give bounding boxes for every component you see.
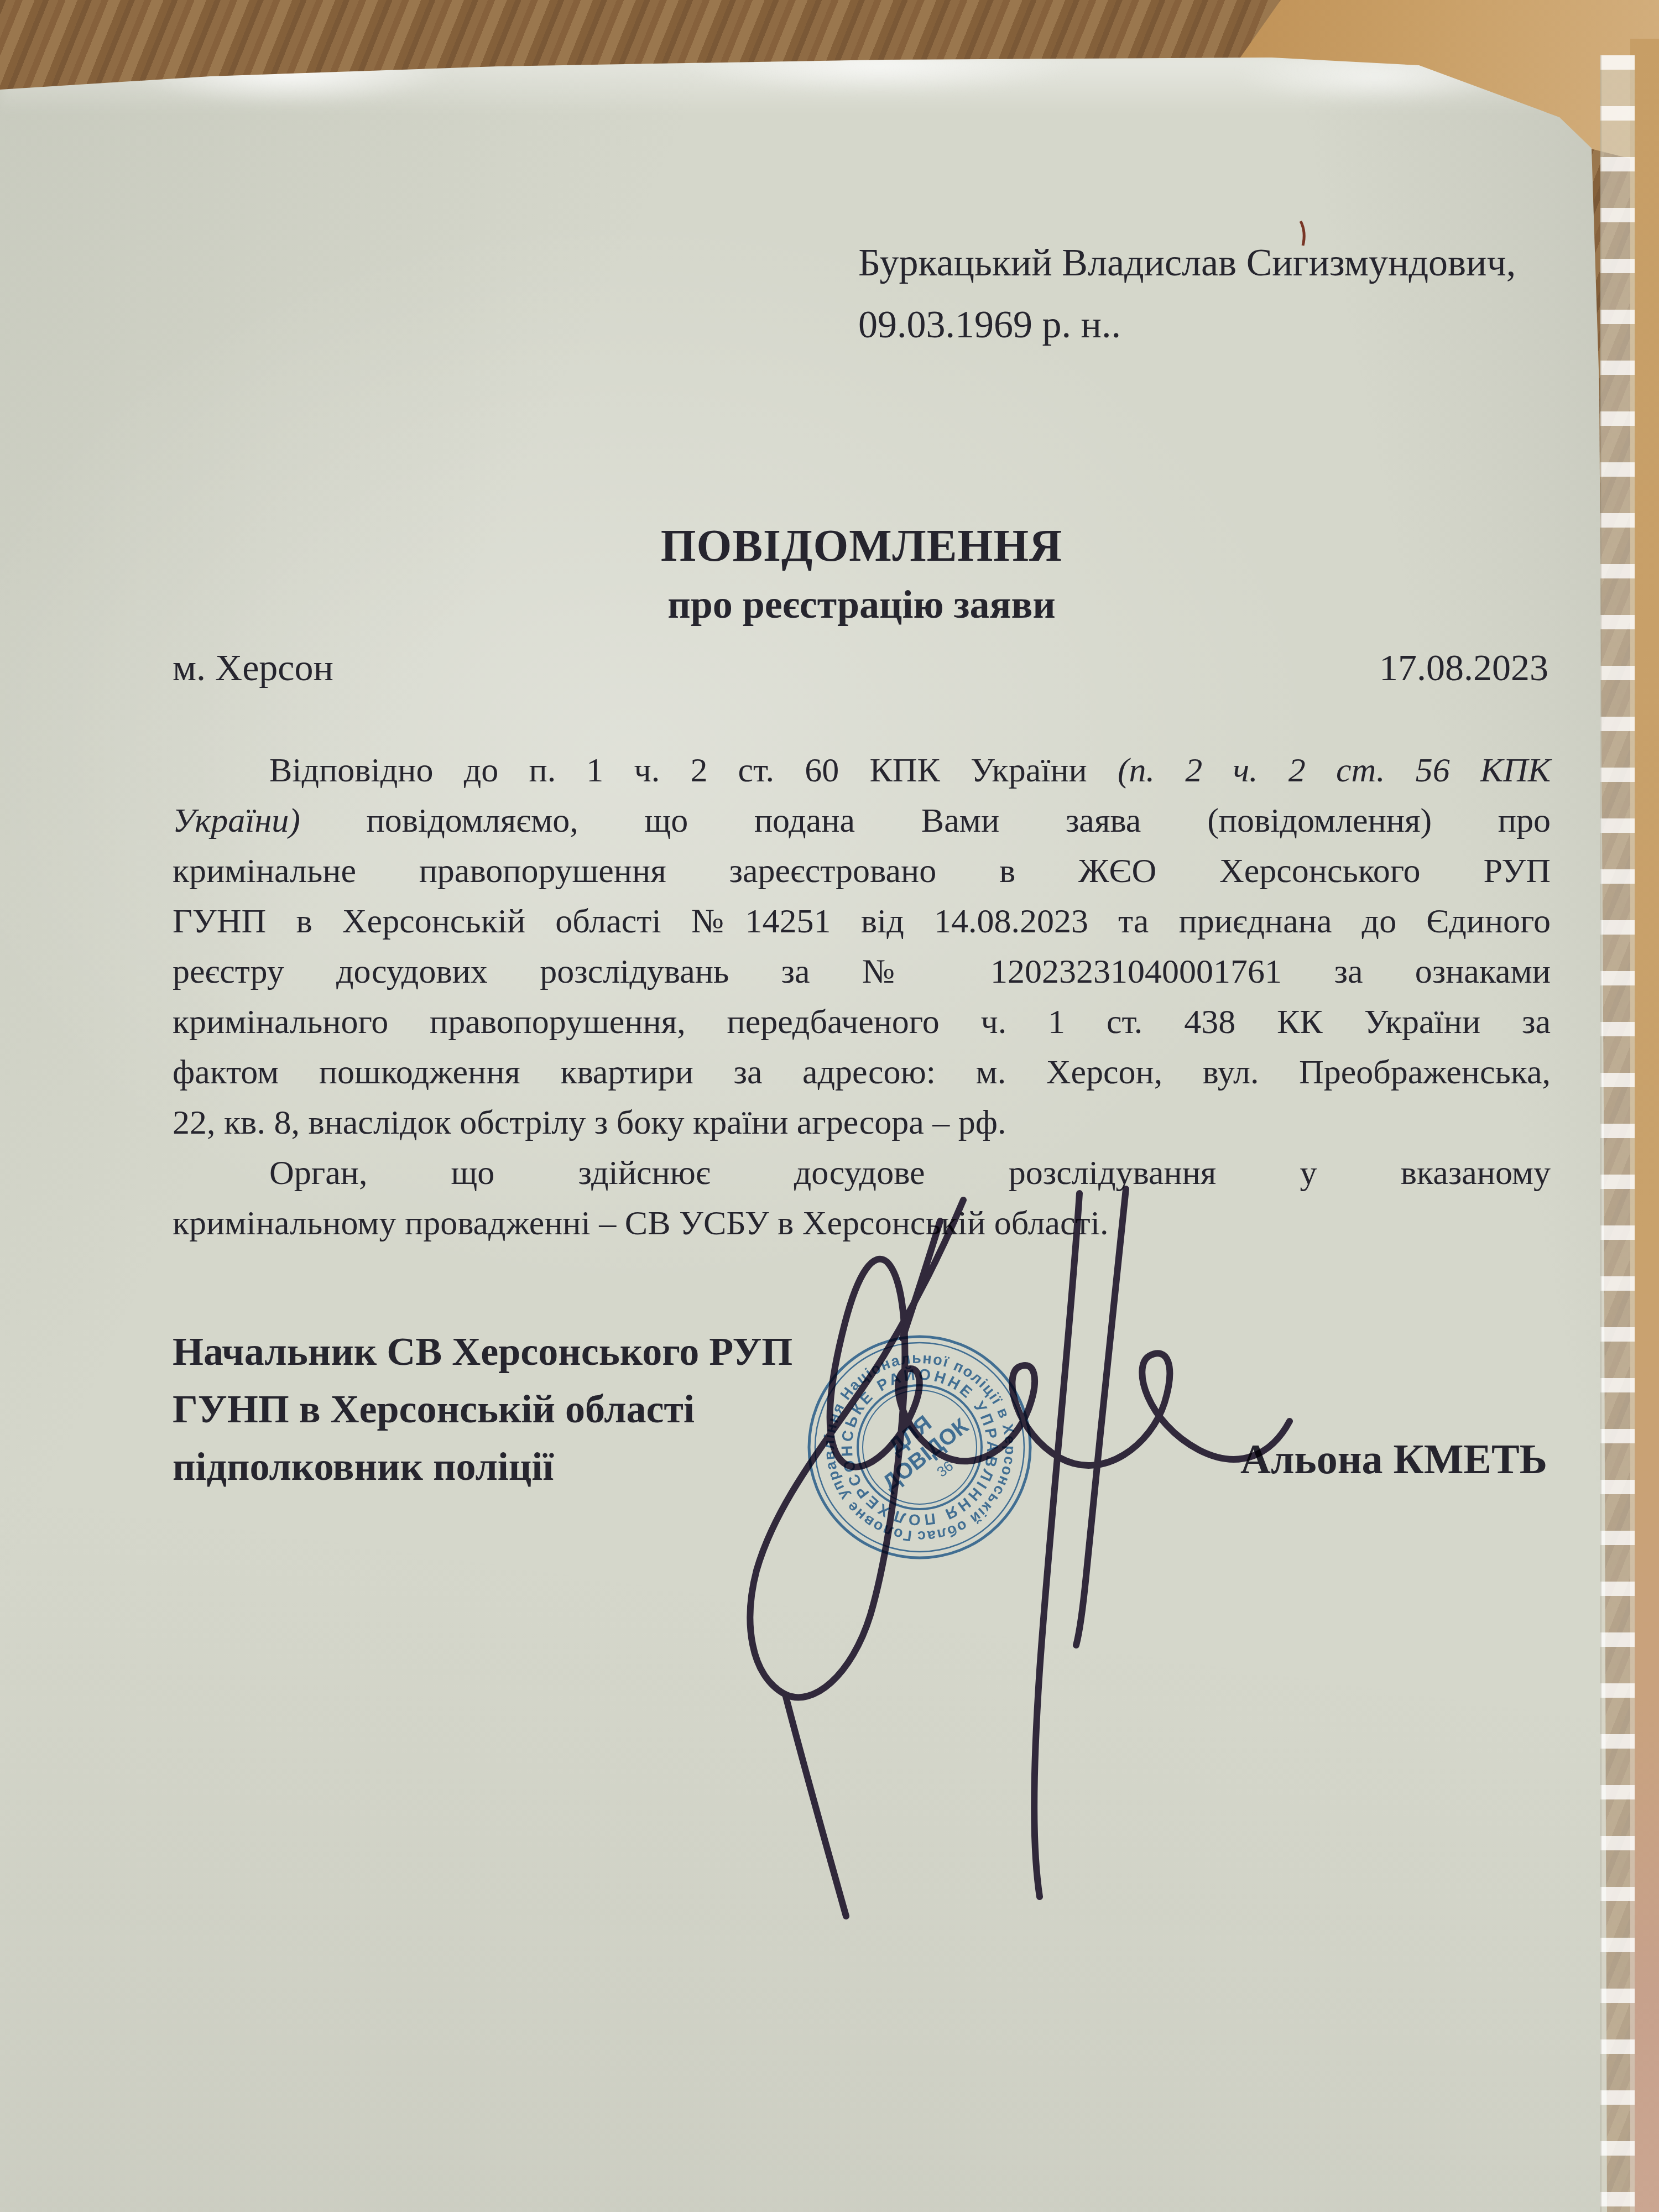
signature-stroke — [1076, 1189, 1126, 1645]
signature-stroke — [1034, 1193, 1079, 1897]
signature-stroke — [750, 1200, 1290, 1697]
red-thread-speck — [1301, 221, 1304, 246]
signature-stroke — [785, 1694, 846, 1916]
signature-stroke — [902, 1221, 940, 1338]
document-page: Буркацький Владислав Сигизмундович, 09.0… — [0, 0, 1659, 2212]
pen-signature — [0, 0, 1659, 2212]
photo-background: { "doc": { "recipient_line1": "Буркацьки… — [0, 0, 1659, 2212]
sleeve-perforated-edge — [1600, 55, 1635, 2212]
